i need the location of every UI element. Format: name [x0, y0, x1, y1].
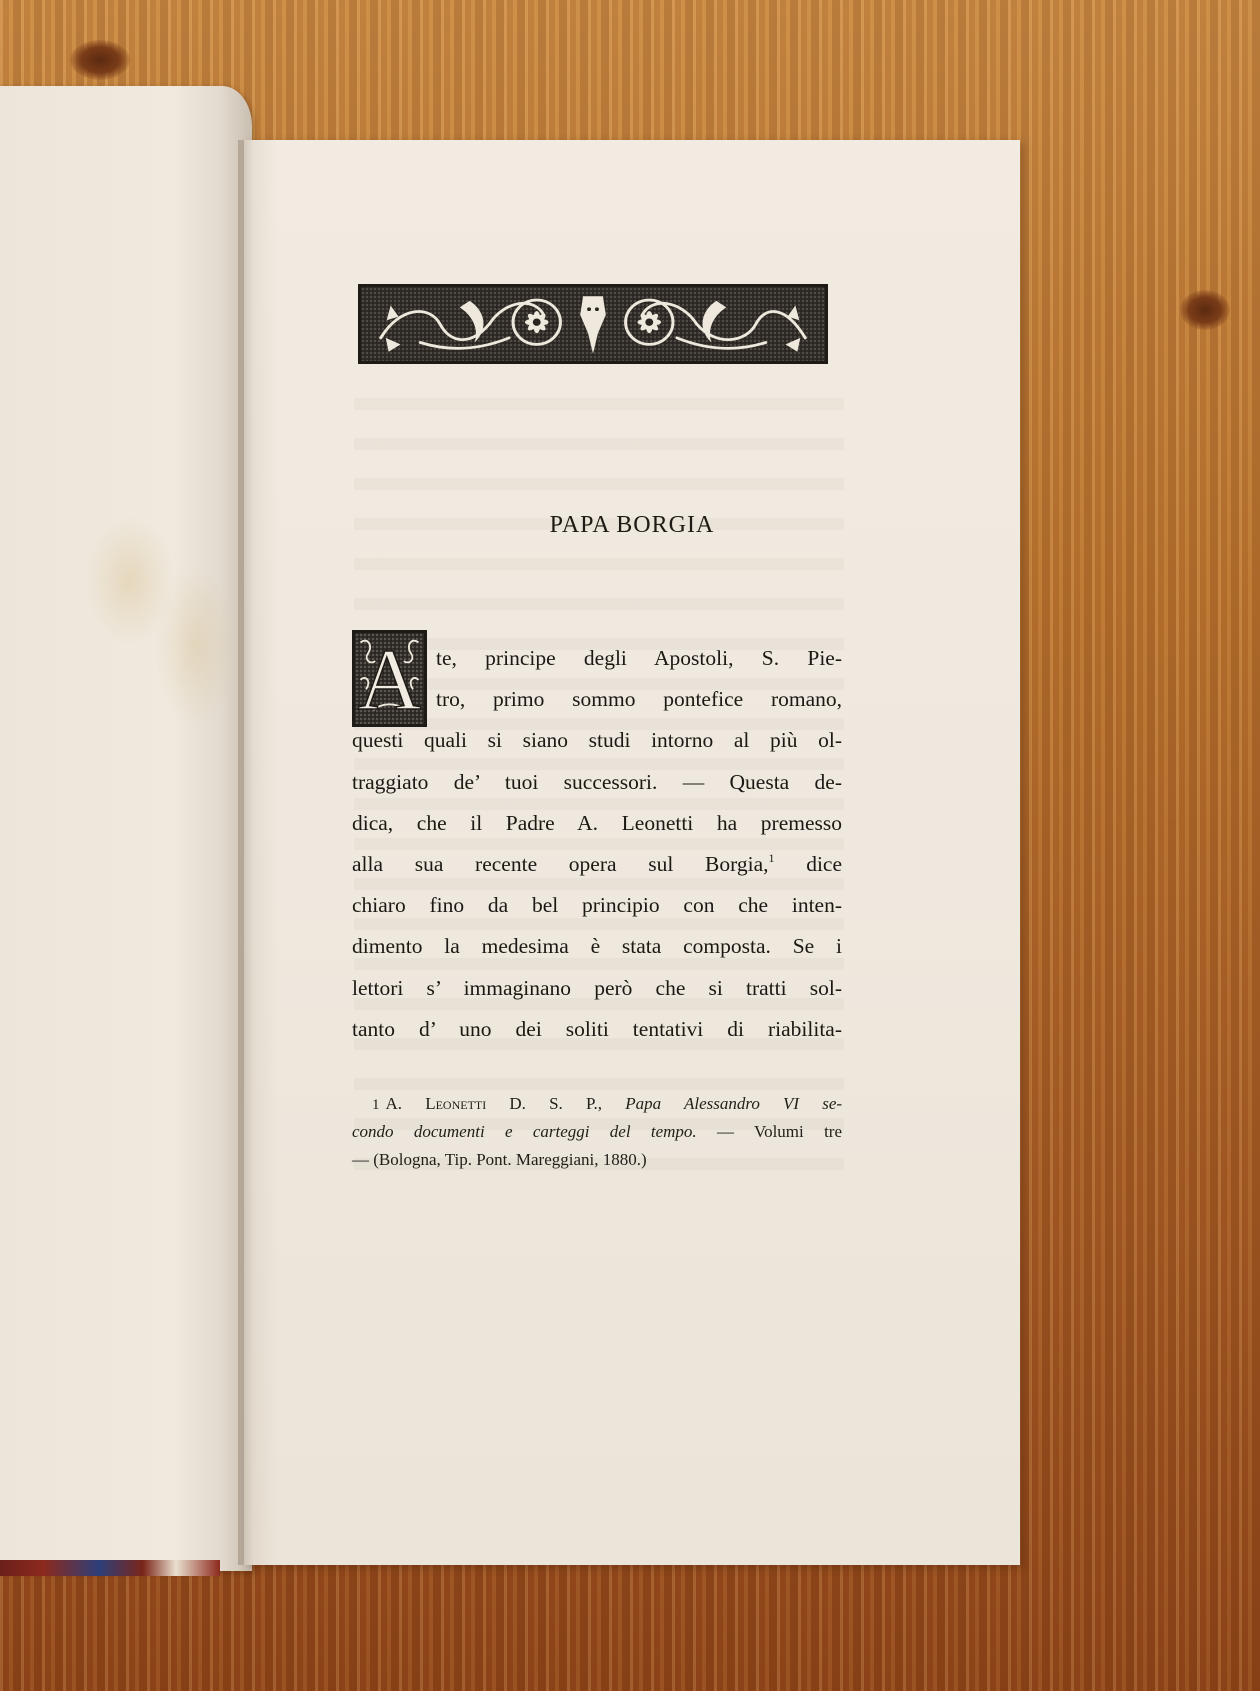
- text-line: chiaro fino da bel principio con che int…: [352, 885, 842, 926]
- footnote-author: A. Leonetti: [386, 1094, 487, 1113]
- text-line-part: dice: [806, 852, 842, 876]
- floral-ornament-icon: [361, 287, 825, 361]
- chapter-title: PAPA BORGIA: [244, 512, 1020, 539]
- headpiece-ornament-icon: [358, 284, 828, 364]
- marbled-endpaper-edge: [0, 1560, 220, 1576]
- footnote-reference[interactable]: 1: [769, 851, 775, 865]
- footnote-title: condo documenti e carteggi del tempo.: [352, 1122, 697, 1141]
- text-line: questi quali si siano studi intorno al p…: [352, 720, 842, 761]
- left-page-blank: [0, 86, 252, 1571]
- text-line-part: alla sua recente opera sul Borgia,: [352, 852, 769, 876]
- footnote-line: 1A. Leonetti D. S. P., Papa Alessandro V…: [352, 1090, 842, 1118]
- footnote-volumes: — Volumi tre: [717, 1122, 842, 1141]
- text-line: dica, che il Padre A. Leonetti ha premes…: [352, 803, 842, 844]
- text-line: lettori s’ immaginano però che si tratti…: [352, 968, 842, 1009]
- wood-knot: [70, 40, 130, 80]
- text-line: alla sua recente opera sul Borgia,1 dice: [352, 844, 842, 885]
- text-line: tanto d’ uno dei soliti tentativi di ria…: [352, 1009, 842, 1050]
- text-line: traggiato de’ tuoi successori. — Questa …: [352, 762, 842, 803]
- text-line: dimento la medesima è stata composta. Se…: [352, 926, 842, 967]
- footnote-line: — (Bologna, Tip. Pont. Mareggiani, 1880.…: [352, 1146, 842, 1174]
- book-page: PAPA BORGIA A te, principe degli Apostol…: [244, 140, 1020, 1565]
- footnote-line: condo documenti e carteggi del tempo. — …: [352, 1118, 842, 1146]
- footnote: 1A. Leonetti D. S. P., Papa Alessandro V…: [352, 1090, 842, 1174]
- body-text: te, principe degli Apostoli, S. Pie- tro…: [352, 638, 842, 1050]
- footnote-title: Papa Alessandro VI se-: [625, 1094, 842, 1113]
- paper-stain: [155, 566, 235, 726]
- text-line: tro, primo sommo pontefice romano,: [352, 679, 842, 720]
- wood-knot: [1180, 290, 1230, 330]
- footnote-author-suffix: D. S. P.,: [509, 1094, 602, 1113]
- footnote-number: 1: [372, 1097, 380, 1113]
- text-line: te, principe degli Apostoli, S. Pie-: [352, 638, 842, 679]
